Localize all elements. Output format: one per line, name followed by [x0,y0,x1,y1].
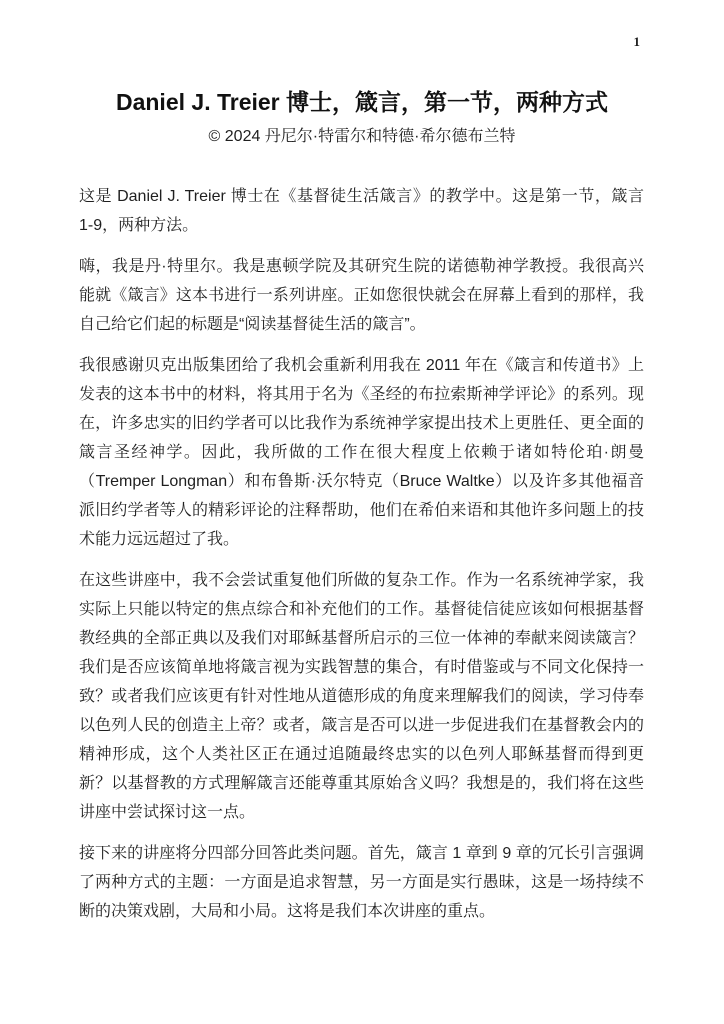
paragraph-greeting: 嗨，我是丹·特里尔。我是惠顿学院及其研究生院的诺德勒神学教授。我很高兴能就《箴言… [79,252,644,339]
paragraph-lecture-questions: 在这些讲座中，我不会尝试重复他们所做的复杂工作。作为一名系统神学家，我实际上只能… [79,566,644,827]
document-title: Daniel J. Treier 博士，箴言，第一节，两种方式 [40,0,684,118]
document-body: 这是 Daniel J. Treier 博士在《基督徒生活箴言》的教学中。这是第… [0,182,724,926]
page-number: 1 [634,34,641,50]
copyright-line: © 2024 丹尼尔·特雷尔和特德·希尔德布兰特 [40,126,684,148]
paragraph-acknowledgement: 我很感谢贝克出版集团给了我机会重新利用我在 2011 年在《箴言和传道书》上发表… [79,351,644,554]
paragraph-intro: 这是 Daniel J. Treier 博士在《基督徒生活箴言》的教学中。这是第… [79,182,644,240]
document-page: 1 Daniel J. Treier 博士，箴言，第一节，两种方式 © 2024… [0,0,724,1024]
paragraph-lecture-outline: 接下来的讲座将分四部分回答此类问题。首先，箴言 1 章到 9 章的冗长引言强调了… [79,839,644,926]
